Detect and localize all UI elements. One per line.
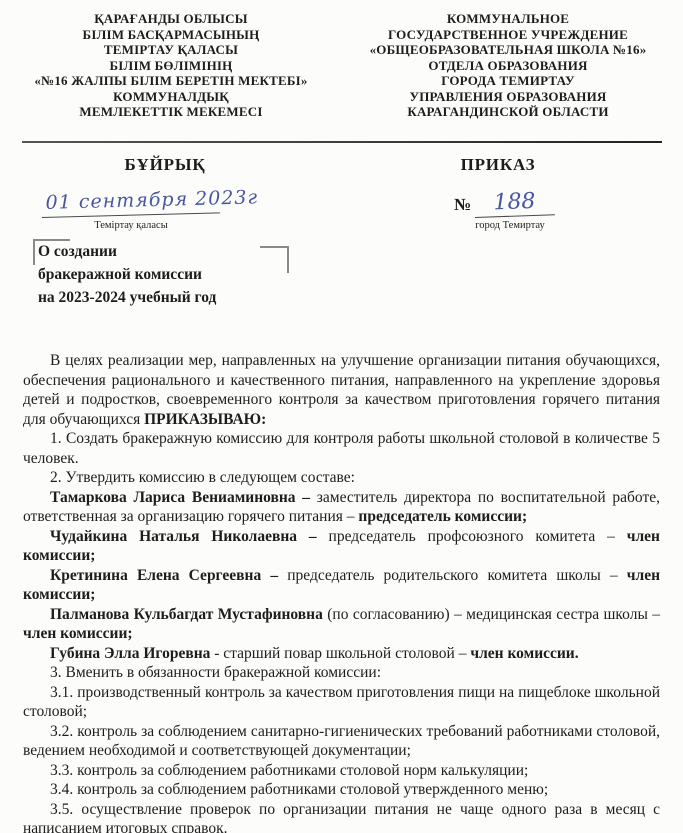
text-segment: 1. Создать бракеражную комиссию для конт… bbox=[23, 430, 660, 467]
header-line: ГОРОДА ТЕМИРТАУ bbox=[350, 73, 666, 89]
header-line: ОТДЕЛА ОБРАЗОВАНИЯ bbox=[350, 58, 666, 74]
body-paragraph: Губина Элла Игоревна - старший повар шко… bbox=[23, 644, 660, 664]
bold-text-segment: Палманова Кульбагдат Мустафиновна bbox=[50, 606, 323, 623]
header-line: УПРАВЛЕНИЯ ОБРАЗОВАНИЯ bbox=[350, 89, 666, 105]
header-line: ТЕМІРТАУ ҚАЛАСЫ bbox=[20, 42, 322, 58]
bold-text-segment: Чудайкина Наталья Николаевна – bbox=[50, 528, 317, 545]
bold-text-segment: Губина Элла Игоревна bbox=[50, 645, 210, 662]
bold-text-segment: член комиссии. bbox=[470, 645, 578, 662]
text-segment: 3.2. контроль за соблюдением санитарно-г… bbox=[23, 723, 660, 760]
text-segment: 3.3. контроль за соблюдением работниками… bbox=[50, 762, 528, 779]
header-line: КОММУНАЛЬНОЕ bbox=[350, 11, 666, 27]
order-number-block: № 188 город Темиртау bbox=[454, 191, 555, 232]
text-segment: 3.5. осуществление проверок по организац… bbox=[23, 801, 660, 833]
order-title-kazakh: БҰЙРЫҚ bbox=[90, 155, 240, 175]
text-segment: В целях реализации мер, направленных на … bbox=[23, 352, 660, 428]
number-sign: № bbox=[454, 195, 471, 214]
subject-block: О созданиибракеражной комиссиина 2023-20… bbox=[38, 240, 308, 309]
header-organization-russian: КОММУНАЛЬНОЕГОСУДАРСТВЕННОЕ УЧРЕЖДЕНИЕ«О… bbox=[350, 11, 666, 120]
text-segment: 3.4. контроль за соблюдением работниками… bbox=[50, 781, 548, 798]
body-paragraph: 3.2. контроль за соблюдением санитарно-г… bbox=[23, 722, 660, 761]
text-segment: - старший повар школьной столовой – bbox=[210, 645, 470, 662]
order-number-row: № 188 bbox=[454, 191, 555, 218]
subject-corner-mark-left bbox=[33, 239, 35, 265]
order-title-russian: ПРИКАЗ bbox=[423, 155, 573, 175]
header-line: КОММУНАЛДЫҚ bbox=[20, 89, 322, 105]
header-line: БІЛІМ БАСҚАРМАСЫНЫҢ bbox=[20, 27, 322, 43]
header-line: КАРАГАНДИНСКОЙ ОБЛАСТИ bbox=[350, 104, 666, 120]
body-paragraph: 3.3. контроль за соблюдением работниками… bbox=[23, 761, 660, 781]
order-body-text: В целях реализации мер, направленных на … bbox=[23, 351, 660, 833]
body-paragraph: В целях реализации мер, направленных на … bbox=[23, 351, 660, 429]
header-line: МЕМЛЕКЕТТІК МЕКЕМЕСІ bbox=[20, 104, 322, 120]
header-line: «№16 ЖАЛПЫ БІЛІМ БЕРЕТІН МЕКТЕБІ» bbox=[20, 73, 322, 89]
body-paragraph: 3. Вменить в обязанности бракеражной ком… bbox=[23, 663, 660, 683]
body-paragraph: Тамаркова Лариса Вениаминовна – заместит… bbox=[23, 488, 660, 527]
body-paragraph: Чудайкина Наталья Николаевна – председат… bbox=[23, 527, 660, 566]
subject-line: на 2023-2024 учебный год bbox=[38, 286, 308, 309]
body-paragraph: Палманова Кульбагдат Мустафиновна (по со… bbox=[23, 605, 660, 644]
header-line: БІЛІМ БӨЛІМІНІҢ bbox=[20, 58, 322, 74]
body-paragraph: 1. Создать бракеражную комиссию для конт… bbox=[23, 429, 660, 468]
body-paragraph: 3.4. контроль за соблюдением работниками… bbox=[23, 780, 660, 800]
text-segment: (по согласованию) – медицинская сестра ш… bbox=[323, 606, 660, 623]
handwritten-order-number: 188 bbox=[474, 188, 555, 218]
bold-text-segment: председатель комиссии; bbox=[358, 508, 527, 525]
text-segment: 2. Утвердить комиссию в следующем состав… bbox=[50, 469, 355, 486]
bold-text-segment: ПРИКАЗЫВАЮ: bbox=[144, 411, 266, 428]
handwritten-date: 01 сентября 2023г bbox=[41, 186, 220, 218]
text-segment: председатель профсоюзного комитета – bbox=[317, 528, 627, 545]
body-paragraph: 3.5. осуществление проверок по организац… bbox=[23, 800, 660, 833]
document-page: ҚАРАҒАНДЫ ОБЛЫСЫБІЛІМ БАСҚАРМАСЫНЫҢТЕМІР… bbox=[0, 0, 683, 833]
header-line: ҚАРАҒАНДЫ ОБЛЫСЫ bbox=[20, 11, 322, 27]
bold-text-segment: Кретинина Елена Сергеевна – bbox=[50, 567, 278, 584]
text-segment: председатель родительского комитета школ… bbox=[278, 567, 627, 584]
header-line: ГОСУДАРСТВЕННОЕ УЧРЕЖДЕНИЕ bbox=[350, 27, 666, 43]
body-paragraph: 3.1. производственный контроль за качест… bbox=[23, 683, 660, 722]
subject-line: бракеражной комиссии bbox=[38, 263, 308, 286]
header-divider-line bbox=[22, 141, 662, 143]
body-paragraph: 2. Утвердить комиссию в следующем состав… bbox=[23, 468, 660, 488]
header-line: «ОБЩЕОБРАЗОВАТЕЛЬНАЯ ШКОЛА №16» bbox=[350, 42, 666, 58]
date-place-label: Теміртау қаласы bbox=[42, 220, 220, 232]
date-block: 01 сентября 2023г Теміртау қаласы bbox=[42, 191, 220, 232]
bold-text-segment: Тамаркова Лариса Вениаминовна – bbox=[50, 489, 310, 506]
body-paragraph: Кретинина Елена Сергеевна – председатель… bbox=[23, 566, 660, 605]
number-place-label: город Темиртау bbox=[470, 220, 550, 232]
header-organization-kazakh: ҚАРАҒАНДЫ ОБЛЫСЫБІЛІМ БАСҚАРМАСЫНЫҢТЕМІР… bbox=[20, 11, 322, 120]
text-segment: 3. Вменить в обязанности бракеражной ком… bbox=[50, 664, 381, 681]
bold-text-segment: член комиссии; bbox=[23, 625, 133, 642]
subject-line: О создании bbox=[38, 240, 308, 263]
text-segment: 3.1. производственный контроль за качест… bbox=[23, 684, 660, 721]
